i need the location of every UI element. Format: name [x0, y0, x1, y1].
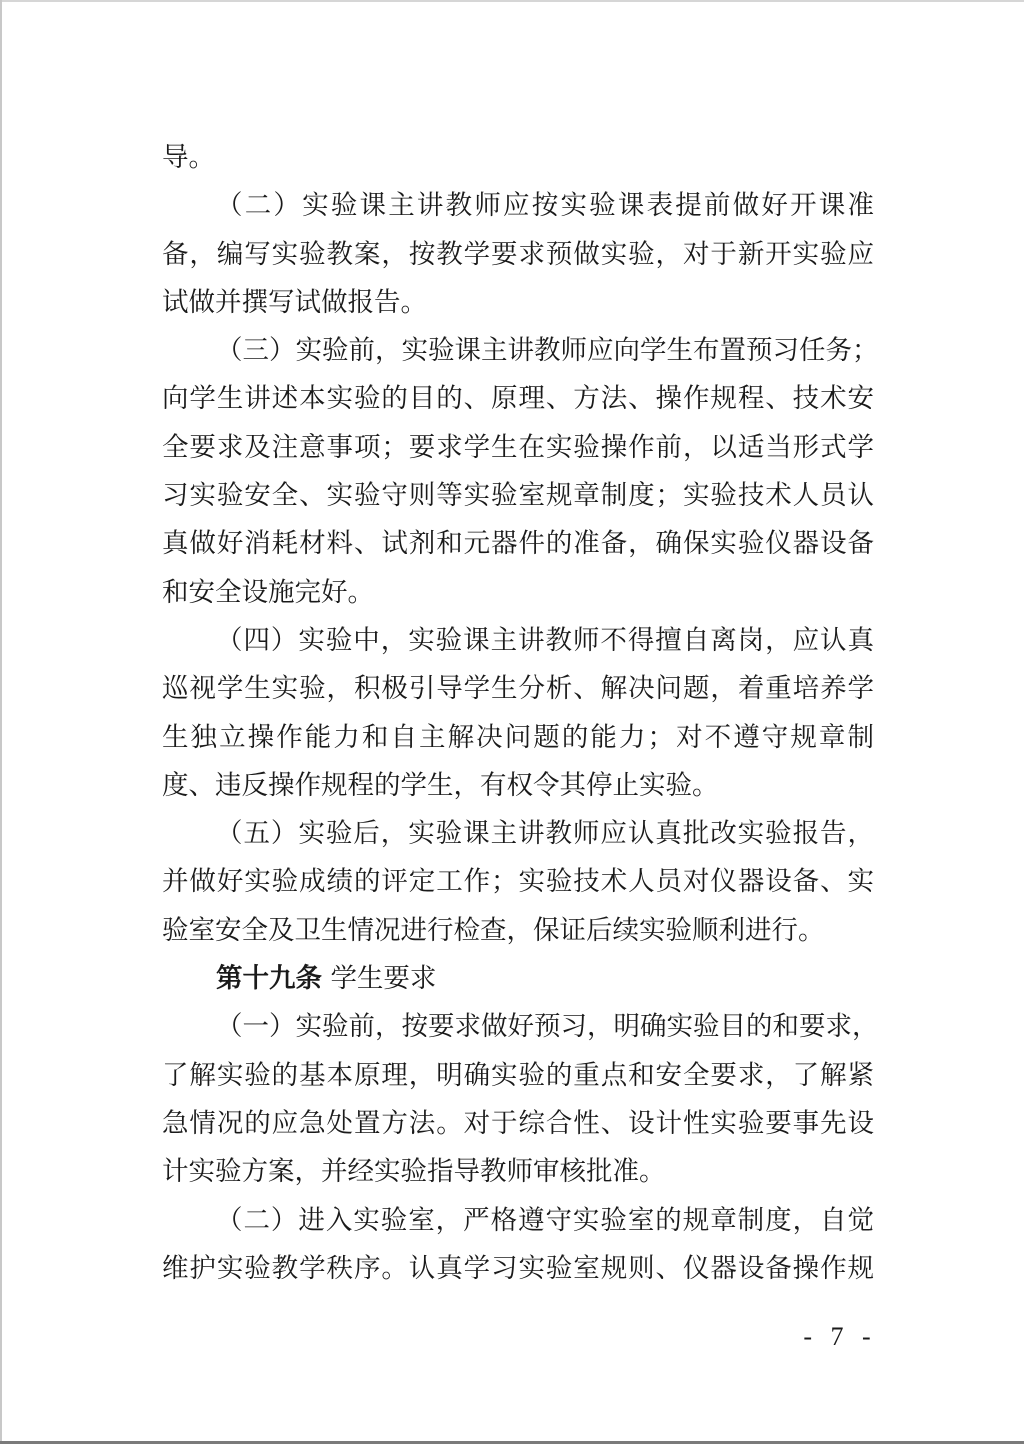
paragraph-line: 维护实验教学秩序。认真学习实验室规则、仪器设备操作规 — [162, 1245, 874, 1293]
paragraph-line: （一）实验前，按要求做好预习，明确实验目的和要求， — [162, 1003, 874, 1051]
paragraph-line: 生独立操作能力和自主解决问题的能力；对不遵守规章制 — [162, 714, 874, 762]
paragraph-item-5-after-experiment: （五）实验后，实验课主讲教师应认真批改实验报告， 并做好实验成绩的评定工作；实验… — [162, 810, 874, 955]
paragraph-line: 了解实验的基本原理，明确实验的重点和安全要求，了解紧 — [162, 1052, 874, 1100]
paragraph-line: 急情况的应急处置方法。对于综合性、设计性实验要事先设 — [162, 1100, 874, 1148]
paragraph-line: （三）实验前，实验课主讲教师应向学生布置预习任务； — [162, 327, 874, 375]
paragraph-item-3-before-experiment: （三）实验前，实验课主讲教师应向学生布置预习任务； 向学生讲述本实验的目的、原理… — [162, 327, 874, 617]
paragraph-item-2-lab-rules: （二）进入实验室，严格遵守实验室的规章制度，自觉 维护实验教学秩序。认真学习实验… — [162, 1197, 874, 1294]
paragraph-line: （五）实验后，实验课主讲教师应认真批改实验报告， — [162, 810, 874, 858]
paragraph-line: 向学生讲述本实验的目的、原理、方法、操作规程、技术安 — [162, 375, 874, 423]
paragraph-line: （四）实验中，实验课主讲教师不得擅自离岗，应认真 — [162, 617, 874, 665]
paragraph-line: 试做并撰写试做报告。 — [162, 279, 874, 327]
paragraph-line: 真做好消耗材料、试剂和元器件的准备，确保实验仪器设备 — [162, 520, 874, 568]
paragraph-item-1-student-prep: （一）实验前，按要求做好预习，明确实验目的和要求， 了解实验的基本原理，明确实验… — [162, 1003, 874, 1196]
paragraph-line: 验室安全及卫生情况进行检查，保证后续实验顺利进行。 — [162, 907, 874, 955]
paragraph-item-4-during-experiment: （四）实验中，实验课主讲教师不得擅自离岗，应认真 巡视学生实验，积极引导学生分析… — [162, 617, 874, 810]
paragraph-line: （二）进入实验室，严格遵守实验室的规章制度，自觉 — [162, 1197, 874, 1245]
paragraph-line: 全要求及注意事项；要求学生在实验操作前，以适当形式学 — [162, 424, 874, 472]
page-number: - 7 - — [800, 1322, 880, 1352]
paragraph-item-2-teacher-prep: （二）实验课主讲教师应按实验课表提前做好开课准 备，编写实验教案，按教学要求预做… — [162, 182, 874, 327]
paragraph-line: 巡视学生实验，积极引导学生分析、解决问题，着重培养学 — [162, 665, 874, 713]
paragraph-line: 计实验方案，并经实验指导教师审核批准。 — [162, 1148, 874, 1196]
document-body: 导。 （二）实验课主讲教师应按实验课表提前做好开课准 备，编写实验教案，按教学要… — [162, 134, 874, 1293]
article-heading: 第十九条 学生要求 — [162, 955, 874, 1003]
article-title: 学生要求 — [330, 963, 436, 994]
paragraph-line: 备，编写实验教案，按教学要求预做实验，对于新开实验应 — [162, 231, 874, 279]
page-edge-left — [0, 0, 2, 1444]
paragraph-line: 并做好实验成绩的评定工作；实验技术人员对仪器设备、实 — [162, 858, 874, 906]
page-edge-top — [0, 0, 1024, 2]
paragraph-continuation-line: 导。 — [162, 134, 874, 182]
paragraph-line: 度、违反操作规程的学生，有权令其停止实验。 — [162, 762, 874, 810]
paragraph-line: （二）实验课主讲教师应按实验课表提前做好开课准 — [162, 182, 874, 230]
paragraph-line: 和安全设施完好。 — [162, 569, 874, 617]
article-label: 第十九条 — [216, 963, 322, 994]
paragraph-line: 习实验安全、实验守则等实验室规章制度；实验技术人员认 — [162, 472, 874, 520]
